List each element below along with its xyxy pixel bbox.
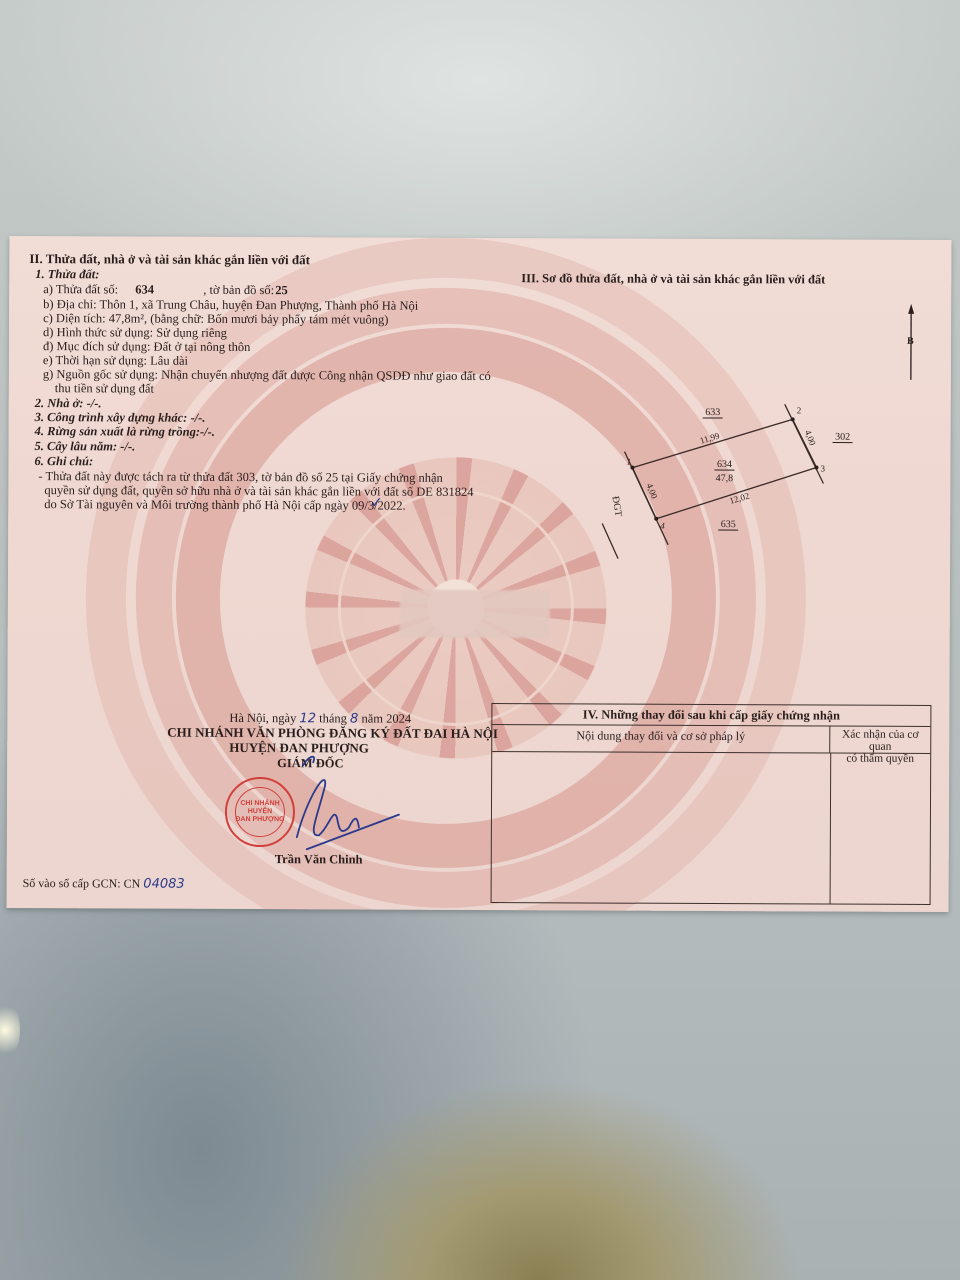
light-glare bbox=[0, 1000, 20, 1060]
registry-number: 04083 bbox=[143, 877, 184, 892]
changes-table: IV. Những thay đổi sau khi cấp giấy chứn… bbox=[491, 703, 932, 905]
registry-label: Số vào sổ cấp GCN: CN bbox=[23, 876, 141, 891]
changes-table-divider bbox=[830, 754, 832, 904]
confirmation-header-line1: Xác nhận của cơ quan bbox=[830, 729, 930, 753]
land-certificate-sheet: II. Thửa đất, nhà ở và tài sản khác gắn … bbox=[7, 236, 952, 912]
confirmation-header-line2: có thẩm quyền bbox=[830, 753, 930, 765]
registry-line: Số vào sổ cấp GCN: CN 04083 bbox=[23, 876, 185, 892]
changes-col-content-header: Nội dung thay đổi và cơ sở pháp lý bbox=[492, 724, 830, 753]
signer-name: Trần Văn Chinh bbox=[275, 852, 363, 867]
changes-col-confirmation-header: Xác nhận của cơ quan có thẩm quyền bbox=[830, 726, 930, 754]
